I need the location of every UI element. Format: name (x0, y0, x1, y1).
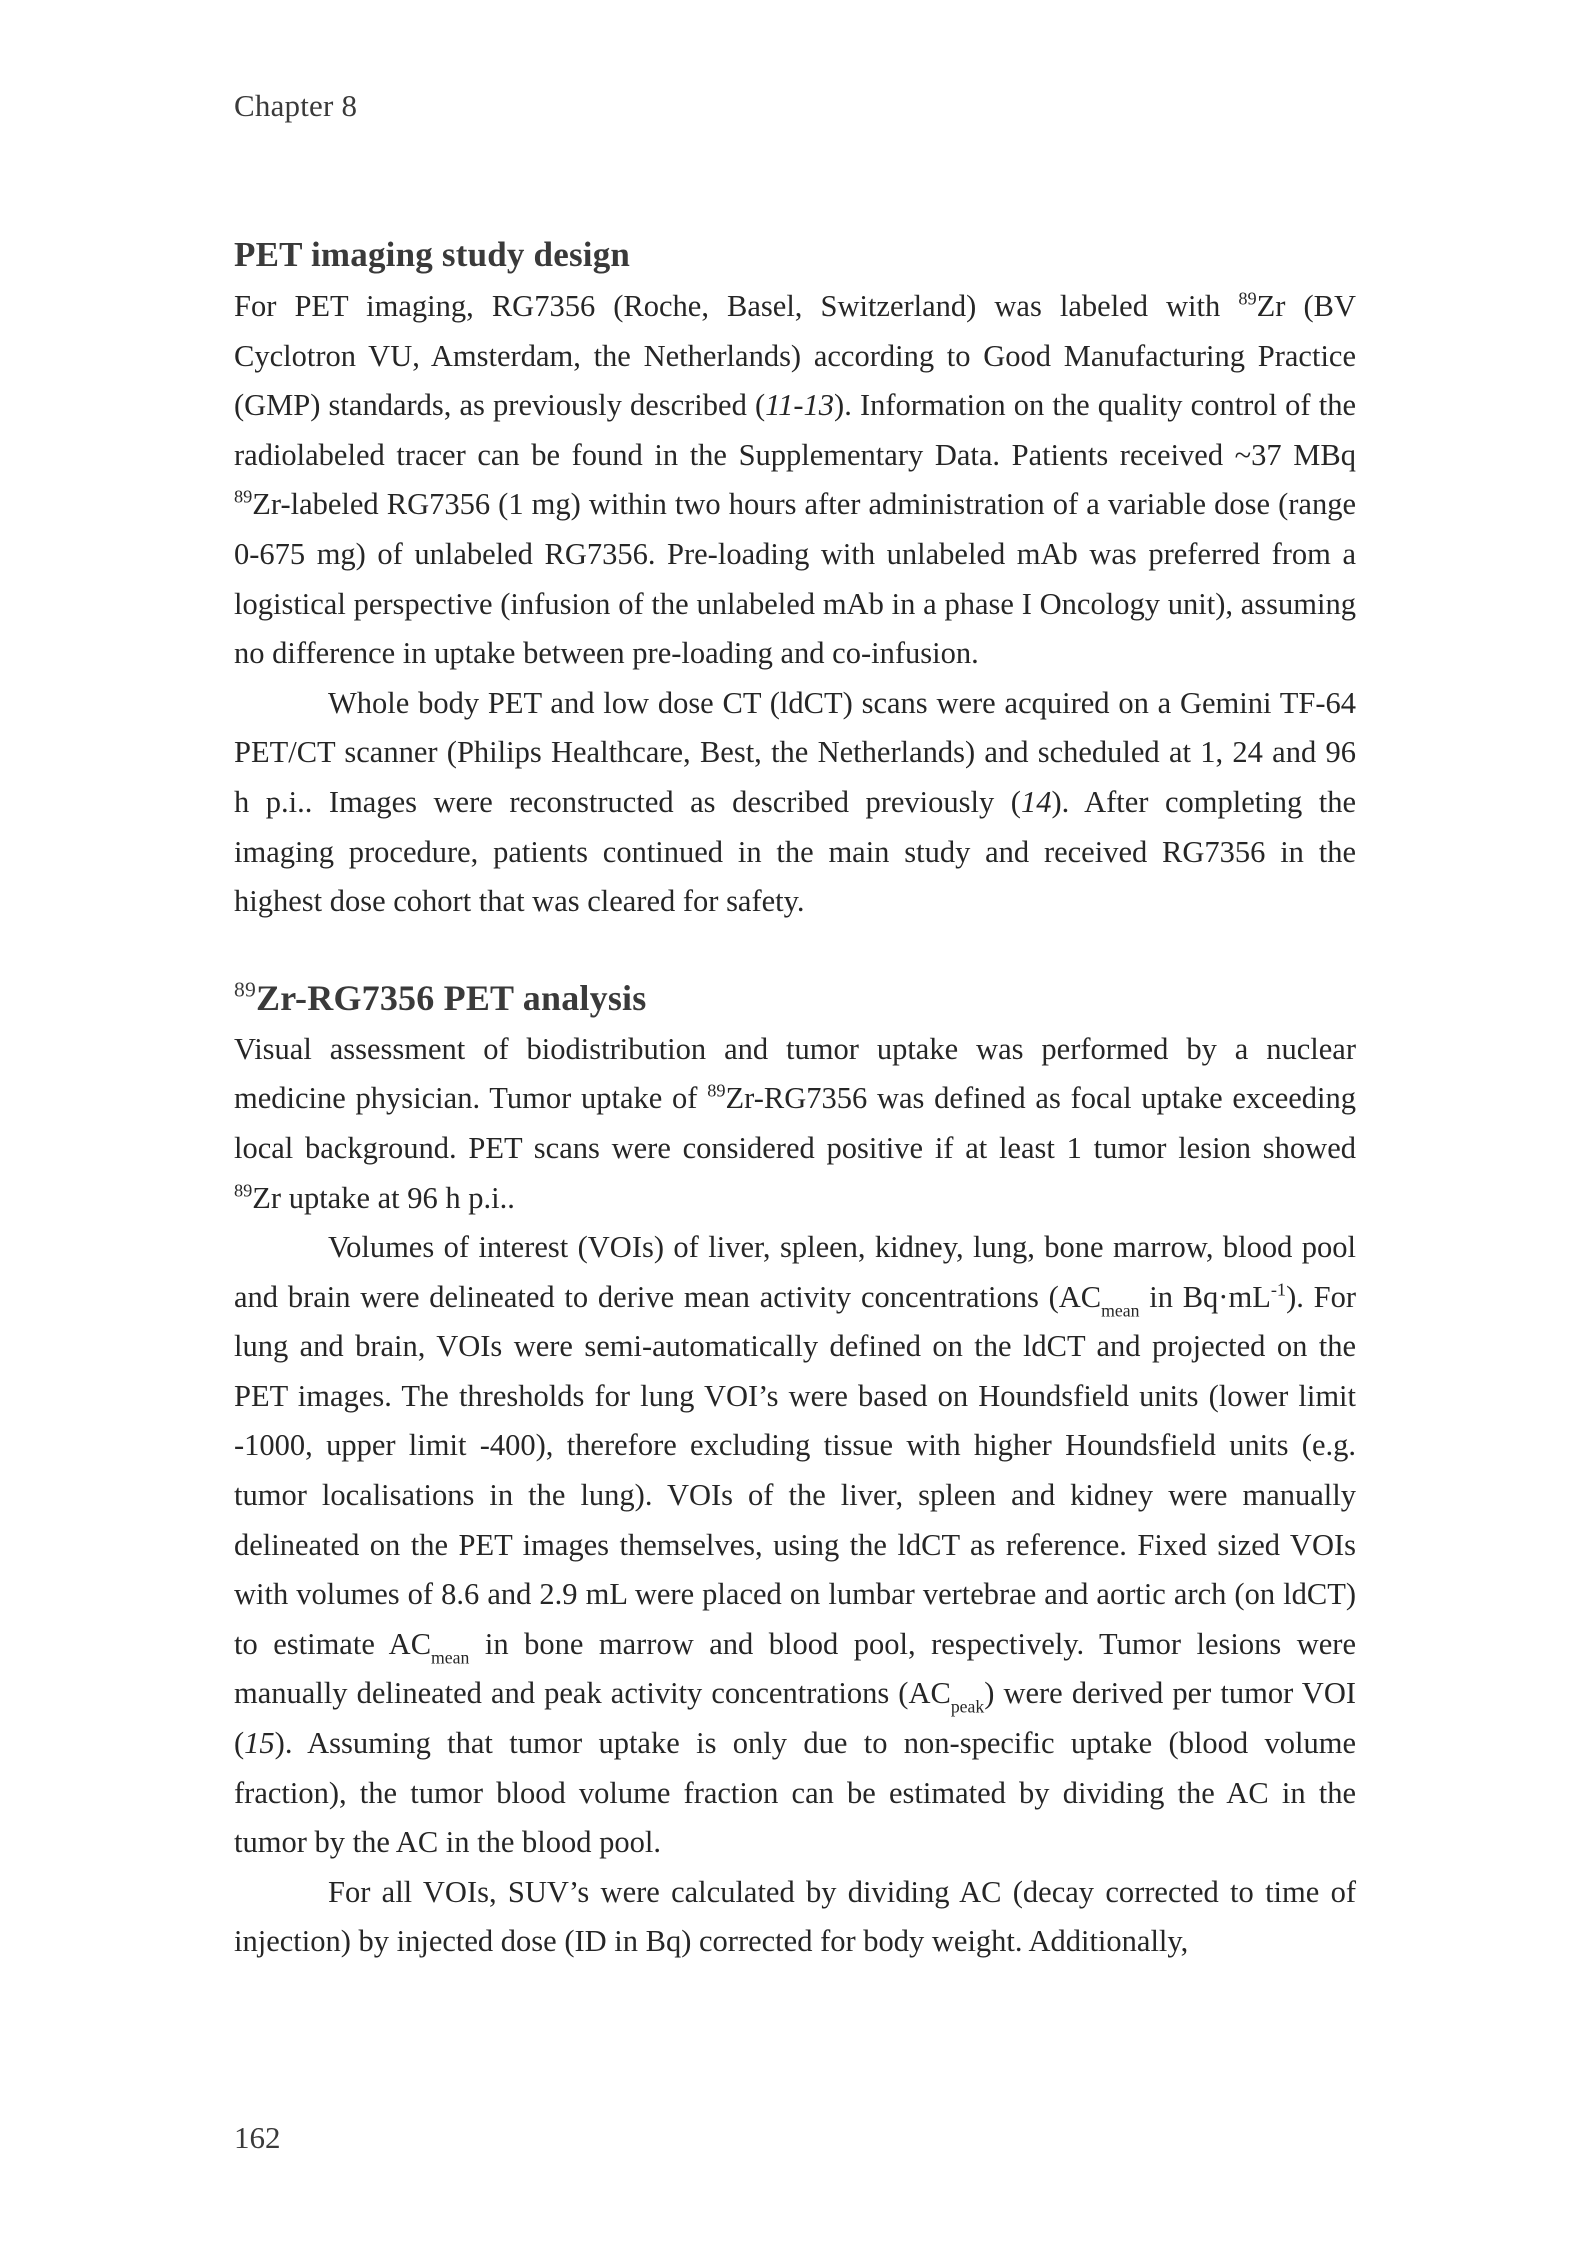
text: For all VOIs, SUV’s were calculated by d… (234, 1875, 1356, 1959)
paragraph: For PET imaging, RG7356 (Roche, Basel, S… (234, 282, 1356, 679)
text: ). Assuming that tumor uptake is only du… (234, 1726, 1356, 1859)
paragraph: Visual assessment of biodistribution and… (234, 1025, 1356, 1223)
page-content: PET imaging study design For PET imaging… (234, 228, 1356, 1967)
subscript: peak (951, 1697, 984, 1717)
text: in Bq·mL (1139, 1280, 1270, 1314)
isotope-superscript: 89 (234, 1180, 252, 1200)
citation-reference: 15 (244, 1726, 275, 1760)
running-head: Chapter 8 (234, 88, 357, 124)
isotope-superscript: 89 (234, 977, 256, 1001)
paragraph: For all VOIs, SUV’s were calculated by d… (234, 1868, 1356, 1967)
isotope-superscript: 89 (234, 487, 252, 507)
section-heading: 89Zr-RG7356 PET analysis (234, 971, 1356, 1025)
page-number: 162 (234, 2120, 281, 2156)
paragraph: Volumes of interest (VOIs) of liver, spl… (234, 1223, 1356, 1868)
section-pet-imaging-study-design: PET imaging study design For PET imaging… (234, 228, 1356, 927)
paragraph: Whole body PET and low dose CT (ldCT) sc… (234, 679, 1356, 927)
text: Zr uptake at 96 h p.i.. (252, 1181, 515, 1215)
subscript: mean (1101, 1300, 1139, 1320)
citation-reference: 11-13 (765, 388, 834, 422)
text: ). For lung and brain, VOIs were semi-au… (234, 1280, 1356, 1661)
citation-reference: 14 (1021, 785, 1052, 819)
heading-text: Zr-RG7356 PET analysis (256, 978, 646, 1018)
isotope-superscript: 89 (707, 1081, 725, 1101)
section-zr-rg7356-pet-analysis: 89Zr-RG7356 PET analysis Visual assessme… (234, 971, 1356, 1967)
superscript: -1 (1271, 1279, 1286, 1299)
section-heading: PET imaging study design (234, 228, 1356, 282)
isotope-superscript: 89 (1238, 289, 1256, 309)
subscript: mean (431, 1648, 469, 1668)
text: For PET imaging, RG7356 (Roche, Basel, S… (234, 289, 1238, 323)
text: Zr-labeled RG7356 (1 mg) within two hour… (234, 487, 1356, 670)
